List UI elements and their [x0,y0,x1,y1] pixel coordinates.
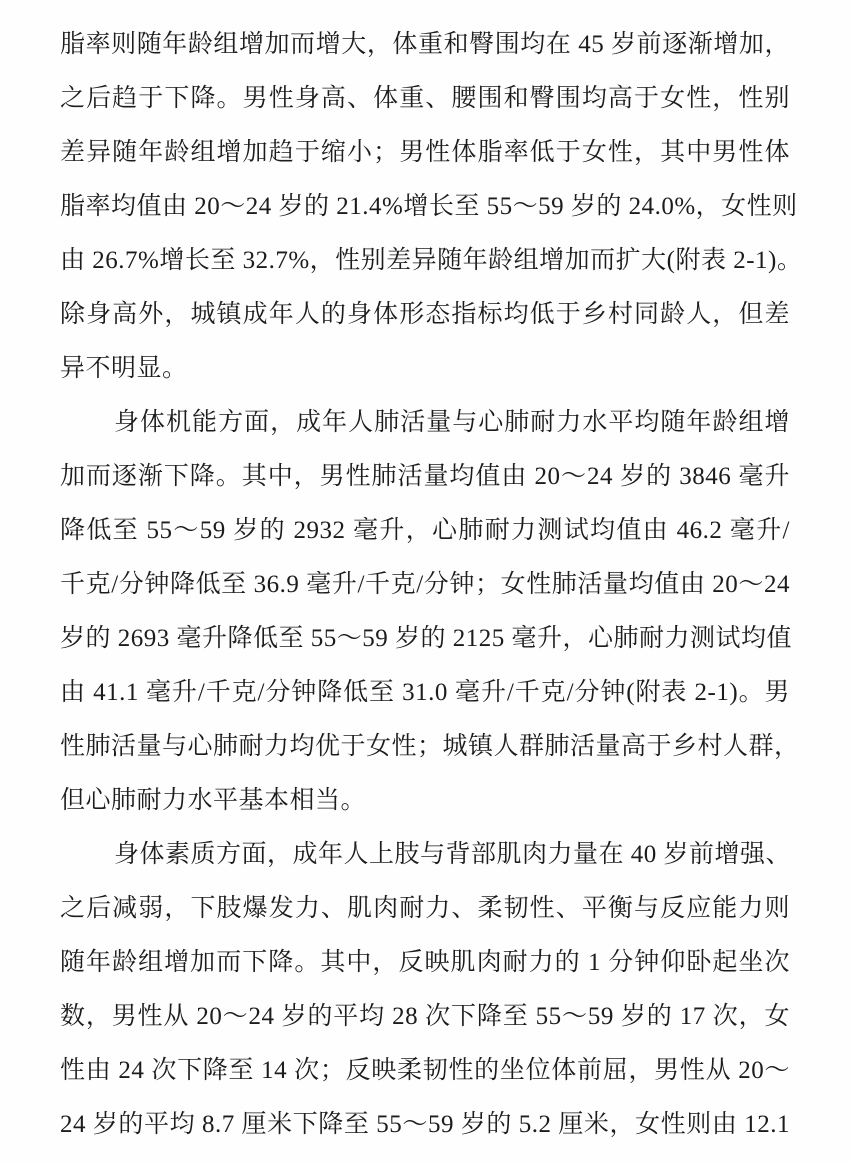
document-page: 脂率则随年龄组增加而增大，体重和臀围均在 45 岁前逐渐增加， 之后趋于下降。男… [0,0,850,1162]
text-line: 加而逐渐下降。其中，男性肺活量均值由 20～24 岁的 3846 毫升 [60,450,790,504]
text-line: 性由 24 次下降至 14 次；反映柔韧性的坐位体前屈，男性从 20～ [60,1044,790,1098]
text-line: 降低至 55～59 岁的 2932 毫升，心肺耐力测试均值由 46.2 毫升/ [60,504,790,558]
text-line: 除身高外，城镇成年人的身体形态指标均低于乡村同龄人，但差 [60,288,790,342]
text-line: 脂率均值由 20～24 岁的 21.4%增长至 55～59 岁的 24.0%，女… [60,180,790,234]
text-line: 脂率则随年龄组增加而增大，体重和臀围均在 45 岁前逐渐增加， [60,18,790,72]
text-line: 数，男性从 20～24 岁的平均 28 次下降至 55～59 岁的 17 次，女 [60,990,790,1044]
text-line: 之后趋于下降。男性身高、体重、腰围和臀围均高于女性，性别 [60,72,790,126]
text-line-paragraph-start: 身体机能方面，成年人肺活量与心肺耐力水平均随年龄组增 [60,396,790,450]
text-line: 差异随年龄组增加趋于缩小；男性体脂率低于女性，其中男性体 [60,126,790,180]
text-line-paragraph-end: 但心肺耐力水平基本相当。 [60,774,790,828]
text-line-paragraph-end: 异不明显。 [60,342,790,396]
document-text-block: 脂率则随年龄组增加而增大，体重和臀围均在 45 岁前逐渐增加， 之后趋于下降。男… [60,18,790,1152]
text-line: 随年龄组增加而下降。其中，反映肌肉耐力的 1 分钟仰卧起坐次 [60,936,790,990]
text-line: 性肺活量与心肺耐力均优于女性；城镇人群肺活量高于乡村人群， [60,720,790,774]
text-line: 之后减弱，下肢爆发力、肌肉耐力、柔韧性、平衡与反应能力则 [60,882,790,936]
text-line: 千克/分钟降低至 36.9 毫升/千克/分钟；女性肺活量均值由 20～24 [60,558,790,612]
text-line: 岁的 2693 毫升降低至 55～59 岁的 2125 毫升，心肺耐力测试均值 [60,612,790,666]
text-line: 由 41.1 毫升/千克/分钟降低至 31.0 毫升/千克/分钟(附表 2-1)… [60,666,790,720]
text-line: 24 岁的平均 8.7 厘米下降至 55～59 岁的 5.2 厘米，女性则由 1… [60,1098,790,1152]
text-line: 由 26.7%增长至 32.7%，性别差异随年龄组增加而扩大(附表 2-1)。 [60,234,790,288]
text-line-paragraph-start: 身体素质方面，成年人上肢与背部肌肉力量在 40 岁前增强、 [60,828,790,882]
